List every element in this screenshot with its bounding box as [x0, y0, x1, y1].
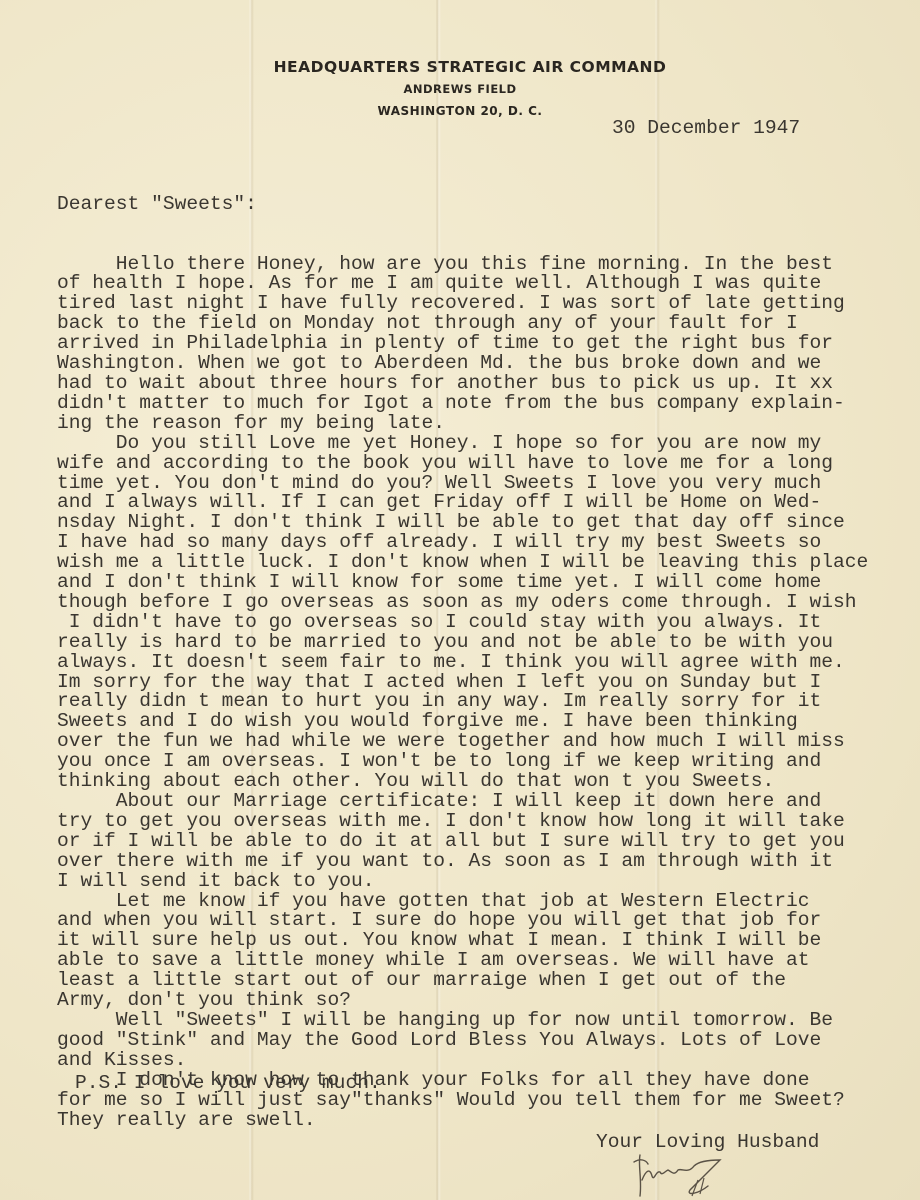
body-line: and Kisses. [57, 1051, 868, 1071]
body-line: nsday Night. I don't think I will be abl… [57, 513, 868, 533]
body-line: They really are swell. [57, 1111, 868, 1131]
body-line: able to save a little money while I am o… [57, 951, 868, 971]
body-line: and when you will start. I sure do hope … [57, 911, 868, 931]
body-line: though before I go overseas as soon as m… [57, 593, 868, 613]
letter-paper: HEADQUARTERS STRATEGIC AIR COMMAND ANDRE… [0, 0, 920, 1200]
salutation: Dearest "Sweets": [57, 195, 868, 215]
body-line: I didn't have to go overseas so I could … [57, 613, 868, 633]
letterhead-organization: HEADQUARTERS STRATEGIC AIR COMMAND [10, 58, 920, 76]
body-line: Sweets and I do wish you would forgive m… [57, 712, 868, 732]
body-line: Hello there Honey, how are you this fine… [57, 255, 868, 275]
body-line: of health I hope. As for me I am quite w… [57, 274, 868, 294]
body-line: wife and according to the book you will … [57, 454, 868, 474]
body-line: back to the field on Monday not through … [57, 314, 868, 334]
body-line: didn't matter to much for Igot a note fr… [57, 394, 868, 414]
body-line: try to get you overseas with me. I don't… [57, 812, 868, 832]
body-line: had to wait about three hours for anothe… [57, 374, 868, 394]
body-lines: Hello there Honey, how are you this fine… [57, 255, 868, 1131]
body-line: About our Marriage certificate: I will k… [57, 792, 868, 812]
body-line: and I always will. If I can get Friday o… [57, 493, 868, 513]
letterhead-location: ANDREWS FIELD [0, 82, 920, 96]
body-line: ing the reason for my being late. [57, 414, 868, 434]
body-line: tired last night I have fully recovered.… [57, 294, 868, 314]
body-line: Well "Sweets" I will be hanging up for n… [57, 1011, 868, 1031]
body-line: really didn t mean to hurt you in any wa… [57, 692, 868, 712]
letter-body: Dearest "Sweets": Hello there Honey, how… [57, 155, 868, 1170]
body-line: I have had so many days off already. I w… [57, 533, 868, 553]
body-line: I will send it back to you. [57, 872, 868, 892]
body-line: least a little start out of our marraige… [57, 971, 868, 991]
body-line: time yet. You don't mind do you? Well Sw… [57, 474, 868, 494]
letter-date: 30 December 1947 [612, 119, 800, 139]
body-line: Army, don't you think so? [57, 991, 868, 1011]
body-line: really is hard to be married to you and … [57, 633, 868, 653]
postscript: P.S. I love you very much. [75, 1074, 381, 1094]
signature-icon [628, 1150, 788, 1200]
body-line: and I don't think I will know for some t… [57, 573, 868, 593]
body-line: arrived in Philadelphia in plenty of tim… [57, 334, 868, 354]
body-line: thinking about each other. You will do t… [57, 772, 868, 792]
body-line: wish me a little luck. I don't know when… [57, 553, 868, 573]
body-line: over there with me if you want to. As so… [57, 852, 868, 872]
body-line: Let me know if you have gotten that job … [57, 892, 868, 912]
body-line: it will sure help us out. You know what … [57, 931, 868, 951]
body-line: over the fun we had while we were togeth… [57, 732, 868, 752]
letterhead-city: WASHINGTON 20, D. C. [0, 104, 920, 118]
body-line: Washington. When we got to Aberdeen Md. … [57, 354, 868, 374]
body-line: Im sorry for the way that I acted when I… [57, 673, 868, 693]
body-line: good "Stink" and May the Good Lord Bless… [57, 1031, 868, 1051]
body-line: you once I am overseas. I won't be to lo… [57, 752, 868, 772]
body-line: or if I will be able to do it at all but… [57, 832, 868, 852]
body-line: Do you still Love me yet Honey. I hope s… [57, 434, 868, 454]
body-line: always. It doesn't seem fair to me. I th… [57, 653, 868, 673]
